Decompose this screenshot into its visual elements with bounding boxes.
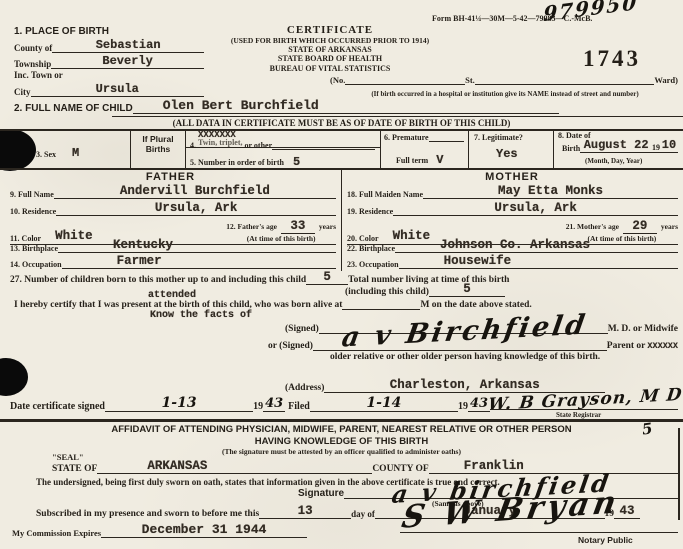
year-prefix: 19	[652, 143, 660, 153]
mother-name-value: May Etta Monks	[423, 184, 678, 199]
certify-line: I hereby certify that I was present at t…	[14, 299, 678, 310]
father-residence-value: Ursula, Ark	[56, 201, 336, 216]
signature-label: Signature	[298, 488, 344, 499]
subscribed-text: Subscribed in my presence and sworn to b…	[36, 509, 259, 519]
state-of-label: STATE OF	[52, 464, 97, 474]
birth-date-row: Birth August 22 19 10	[562, 138, 678, 153]
item6-row: 6. Premature	[384, 132, 464, 142]
sex-label: 3. Sex	[36, 150, 56, 159]
father-birthplace-row: 13. Birthplace Kentucky	[10, 238, 336, 253]
certificate-number-stamp: 1743	[583, 46, 641, 72]
father-age-value: 33	[281, 219, 315, 234]
item27-value1: 5	[306, 270, 348, 285]
certificate-title: CERTIFICATE	[180, 24, 480, 37]
father-occupation-value: Farmer	[62, 254, 336, 269]
mother-name-label: 18. Full Maiden Name	[347, 190, 423, 199]
no-label: (No.	[330, 75, 345, 85]
child-name-row: 2. FULL NAME OF CHILD Olen Bert Burchfie…	[14, 98, 559, 114]
bureau-line: BUREAU OF VITAL STATISTICS	[180, 64, 480, 73]
date-signed-row: Date certificate signed 1-13 19 43 Filed…	[10, 395, 490, 412]
affidavit-line1: AFFIDAVIT OF ATTENDING PHYSICIAN, MIDWIF…	[0, 424, 683, 435]
fullterm-label: Full term	[396, 156, 428, 165]
item4-struck-wrap: Twin, triplet, XXXXXXX	[198, 132, 243, 150]
birth-certificate-document: 1. PLACE OF BIRTH County of Sebastian To…	[0, 0, 683, 549]
county-label: County of	[14, 43, 52, 53]
county-of-label: COUNTY OF	[372, 464, 428, 474]
hole-punch-top	[0, 129, 36, 171]
mother-residence-value: Ursula, Ark	[393, 201, 678, 216]
notary-line	[400, 532, 678, 533]
st-label: St.	[465, 75, 475, 85]
section-rule	[0, 419, 683, 422]
parent-or-label: Parent or	[607, 341, 646, 351]
street-line: (No. St. Ward)	[330, 74, 678, 85]
table-divider-4	[468, 129, 469, 168]
father-years-label: years	[319, 222, 336, 231]
city-label: City	[14, 87, 31, 97]
city-row: City Ursula	[14, 82, 204, 97]
hospital-note: (If birth occurred in a hospital or inst…	[330, 90, 680, 98]
city-value: Ursula	[31, 82, 205, 97]
year-prefix-1: 19	[253, 401, 263, 412]
father-age-label: 12. Father's age	[226, 222, 277, 231]
item27-text3: (including this child)	[345, 287, 429, 297]
all-data-banner: (ALL DATA IN CERTIFICATE MUST BE AS OF D…	[0, 118, 683, 128]
item6-blank	[429, 132, 464, 142]
filed-label: Filed	[288, 401, 310, 412]
father-name-value: Andervill Burchfield	[54, 184, 336, 199]
township-label: Township	[14, 59, 51, 69]
mother-age-label: 21. Mother's age	[566, 222, 619, 231]
mother-birthplace-label: 22. Birthplace	[347, 244, 395, 253]
state-line: STATE OF ARKANSAS	[180, 45, 480, 54]
mother-occupation-row: 23. Occupation Housewife	[347, 254, 678, 269]
place-of-birth-title: 1. PLACE OF BIRTH	[14, 26, 109, 37]
child-name-value: Olen Bert Burchfield	[133, 98, 559, 114]
state-value: ARKANSAS	[97, 459, 372, 474]
father-name-row: 9. Full Name Andervill Burchfield	[10, 184, 336, 199]
father-residence-label: 10. Residence	[10, 207, 56, 216]
day-of-label: day of	[351, 509, 375, 519]
father-occupation-row: 14. Occupation Farmer	[10, 254, 336, 269]
st-blank	[475, 74, 655, 85]
certify-text-end: M on the date above stated.	[420, 300, 531, 310]
inc-town-label: Inc. Town or	[14, 70, 63, 80]
board-line: STATE BOARD OF HEALTH	[180, 54, 480, 63]
item27-value2: 5	[429, 282, 505, 297]
certify-text: I hereby certify that I was present at t…	[14, 300, 342, 310]
ward-label: Ward)	[654, 75, 678, 85]
item6-label: 6. Premature	[384, 133, 429, 142]
date-signed-value: 1-13	[105, 395, 253, 412]
fullterm-value: V	[436, 153, 443, 167]
filed-date-value: 1-14	[310, 395, 458, 412]
item5-value: 5	[293, 155, 300, 169]
certificate-header: CERTIFICATE (USED FOR BIRTH WHICH OCCURR…	[180, 24, 480, 73]
born-alive-blank	[342, 299, 420, 310]
birth-label: Birth	[562, 144, 580, 153]
day-value: 13	[259, 504, 351, 519]
or-signed-label: or (Signed)	[268, 341, 313, 351]
item4-strikeover: XXXXXXX	[198, 130, 236, 140]
date-signed-label: Date certificate signed	[10, 401, 105, 412]
father-residence-row: 10. Residence Ursula, Ark	[10, 201, 336, 216]
county-row: County of Sebastian	[14, 38, 204, 53]
item4-row: 4. Twin, triplet, XXXXXXX or other	[190, 132, 375, 150]
commission-value: December 31 1944	[101, 522, 307, 538]
plural-births-label: If Plural Births	[131, 134, 185, 154]
mother-name-row: 18. Full Maiden Name May Etta Monks	[347, 184, 678, 199]
item4-blank	[272, 140, 375, 150]
mother-header: MOTHER	[341, 171, 683, 183]
item27-row: 27. Number of children born to this moth…	[10, 270, 678, 285]
notary-public-label: Notary Public	[578, 535, 633, 545]
commission-row: My Commission Expires December 31 1944	[12, 522, 307, 538]
legitimate-label: 7. Legitimate?	[474, 133, 523, 142]
item27-row2: (including this child) 5	[345, 282, 505, 297]
address-label: (Address)	[285, 383, 324, 393]
signed-label: (Signed)	[285, 324, 319, 334]
mother-residence-label: 19. Residence	[347, 207, 393, 216]
mother-occupation-value: Housewife	[399, 254, 678, 269]
item5-row: 5. Number in order of birth 5	[190, 152, 300, 170]
father-birthplace-value: Kentucky	[58, 238, 336, 253]
affidavit-line2: HAVING KNOWLEDGE OF THIS BIRTH	[0, 436, 683, 447]
table-divider-3	[380, 129, 381, 168]
mother-residence-row: 19. Residence Ursula, Ark	[347, 201, 678, 216]
commission-label: My Commission Expires	[12, 528, 101, 538]
father-name-label: 9. Full Name	[10, 190, 54, 199]
father-occupation-label: 14. Occupation	[10, 260, 62, 269]
table-divider-2	[185, 129, 186, 168]
no-blank	[345, 74, 465, 85]
mother-birthplace-value: Johnson Co. Arkansas	[395, 238, 678, 253]
year-value-1: 43	[263, 396, 285, 412]
item5-label: 5. Number in order of birth	[190, 158, 284, 167]
father-birthplace-label: 13. Birthplace	[10, 244, 58, 253]
hole-punch-bottom	[0, 358, 28, 396]
certificate-subtitle: (USED FOR BIRTH WHICH OCCURRED PRIOR TO …	[180, 37, 480, 46]
parent-column-divider	[341, 168, 342, 271]
affidavit-line3: (The signature must be attested by an of…	[0, 447, 683, 456]
item4-rest: or other	[245, 141, 273, 150]
father-header: FATHER	[0, 171, 341, 183]
item27-text1: 27. Number of children born to this moth…	[10, 275, 306, 285]
mother-age-value: 29	[623, 219, 657, 234]
parent-or-struck: XXXXXX	[647, 341, 678, 351]
birth-year-value: 10	[660, 138, 678, 153]
relative-text: older relative or other older person hav…	[330, 352, 678, 364]
mother-birthplace-row: 22. Birthplace Johnson Co. Arkansas	[347, 238, 678, 253]
sex-value: M	[72, 146, 79, 160]
know-facts-overlay: Know the facts of	[150, 310, 252, 321]
date-note: (Month, Day, Year)	[585, 157, 642, 165]
child-name-label: 2. FULL NAME OF CHILD	[14, 103, 133, 114]
md-midwife-label: M. D. or Midwife	[608, 324, 678, 334]
table-divider-5	[553, 129, 554, 168]
right-edge-mark	[678, 428, 680, 520]
year-prefix-2: 19	[458, 401, 468, 412]
fullterm-row: Full term V	[396, 150, 443, 168]
township-row: Township Beverly	[14, 54, 204, 69]
mother-occupation-label: 23. Occupation	[347, 260, 399, 269]
registrar-label: State Registrar	[556, 411, 601, 419]
legitimate-value: Yes	[496, 147, 518, 161]
mother-years-label: years	[661, 222, 678, 231]
birth-date-value: August 22	[580, 138, 652, 153]
item4-label: 4.	[190, 141, 196, 150]
